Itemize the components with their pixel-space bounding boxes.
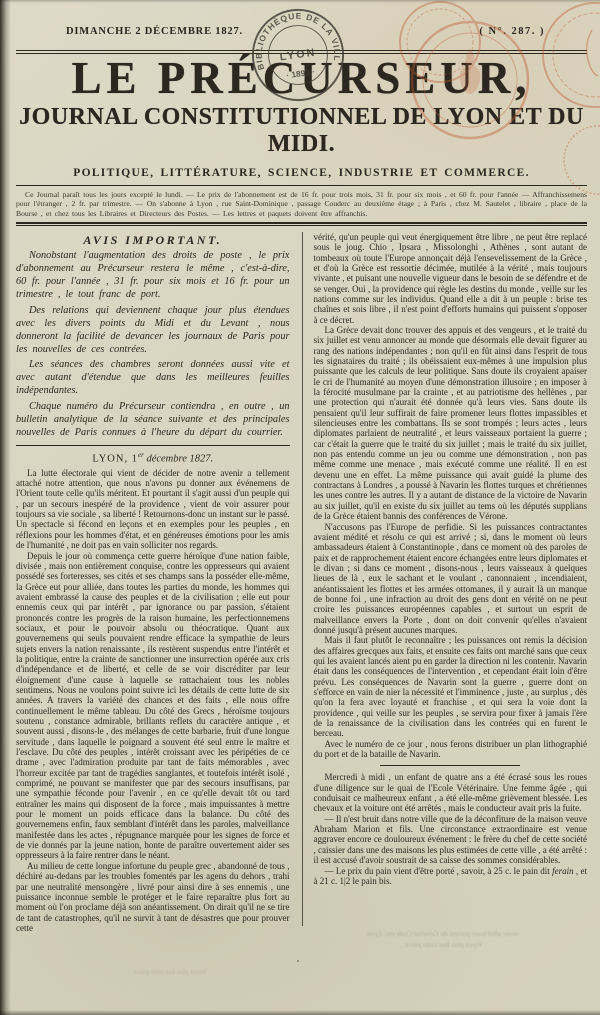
lyon-article-continued: vérité, qu'un peuple qui veut énergiquem… — [314, 232, 588, 760]
column-divider — [302, 232, 303, 926]
revenue-stamps — [370, 0, 600, 200]
paragraph: vérité, qu'un peuple qui veut énergiquem… — [314, 232, 588, 325]
right-column: vérité, qu'un peuple qui veut énergiquem… — [314, 232, 588, 933]
bread-news-prefix: — Le prix du pain vient d'être porté , s… — [325, 866, 553, 876]
bleed-through-line: Voyez plus bas cette pièce. — [60, 968, 280, 976]
stamp-arc-text: BIBLIOTHÈQUE DE LA VILLE — [243, 0, 344, 75]
paragraph: Au milieu de cette longue infortune du p… — [16, 861, 290, 933]
masthead-rule — [16, 222, 587, 226]
paragraph: Avec le numéro de ce jour , nous ferons … — [314, 739, 588, 760]
stamp-city-text: LYON — [279, 46, 317, 63]
paragraph: Mais il faut plutôt le reconnaître ; les… — [314, 635, 588, 738]
bleed-through-text: vente ultérieure parant du Général Code … — [318, 928, 568, 950]
bread-news-italic: ferain — [552, 866, 574, 876]
news-divider-rule — [380, 765, 520, 766]
date-line: DIMANCHE 2 DÉCEMBRE 1827. — [66, 26, 243, 37]
lyon-article: La lutte électorale qui vient de décider… — [16, 468, 290, 933]
scan-edge-top — [0, 0, 600, 3]
paragraph: — Il n'est bruit dans notre ville que de… — [314, 814, 588, 866]
bleed-through-line: Voyez plus bas cette pièce. — [318, 939, 568, 950]
paragraph: N'accusons pas l'Europe de perfidie. Si … — [314, 522, 588, 636]
paragraph: — Le prix du pain vient d'être porté , s… — [314, 866, 588, 887]
bleed-through-line: vente ultérieure parant du Général Code … — [318, 928, 568, 939]
paragraph: Des relations qui deviennent chaque jour… — [16, 305, 290, 357]
section-rule — [16, 445, 290, 446]
local-news-section: Mercredi à midi , un enfant de quatre an… — [314, 772, 588, 886]
newspaper-page: BIBLIOTHÈQUE DE LA VILLE LYON · 1893 · D… — [0, 0, 600, 1015]
paragraph: La lutte électorale qui vient de décider… — [16, 468, 290, 551]
paragraph: Nonobstant l'augmentation des droits de … — [16, 250, 290, 302]
lyon-dateline: LYON, 1er décembre 1827. — [16, 450, 290, 465]
avis-heading: AVIS IMPORTANT. — [16, 235, 290, 245]
scan-edge-bottom — [0, 1010, 600, 1015]
scan-edge-left — [0, 0, 11, 1015]
lyon-dateline-prefix: LYON, 1 — [92, 453, 138, 464]
library-stamp: BIBLIOTHÈQUE DE LA VILLE LYON · 1893 · — [243, 0, 354, 110]
lyon-dateline-suffix: décembre 1827. — [144, 453, 213, 464]
stamp-year-text: · 1893 · — [286, 66, 316, 80]
paragraph: Chaque numéro du Précurseur contiendra ,… — [16, 401, 290, 440]
paragraph: Les séances des chambres seront données … — [16, 359, 290, 398]
text-columns: AVIS IMPORTANT. Nonobstant l'augmentatio… — [16, 232, 587, 933]
bleed-through-text-2: Voyez plus bas cette pièce. — [60, 968, 280, 976]
svg-text:BIBLIOTHÈQUE DE LA VILLE: BIBLIOTHÈQUE DE LA VILLE — [243, 0, 344, 75]
left-column: AVIS IMPORTANT. Nonobstant l'augmentatio… — [16, 232, 290, 933]
paragraph: Mercredi à midi , un enfant de quatre an… — [314, 772, 588, 813]
avis-section: AVIS IMPORTANT. Nonobstant l'augmentatio… — [16, 235, 290, 440]
paragraph: Depuis le jour où commença cette guerre … — [16, 551, 290, 861]
ink-speck — [297, 960, 299, 962]
paragraph: La Grèce devait donc trouver des appuis … — [314, 325, 588, 522]
